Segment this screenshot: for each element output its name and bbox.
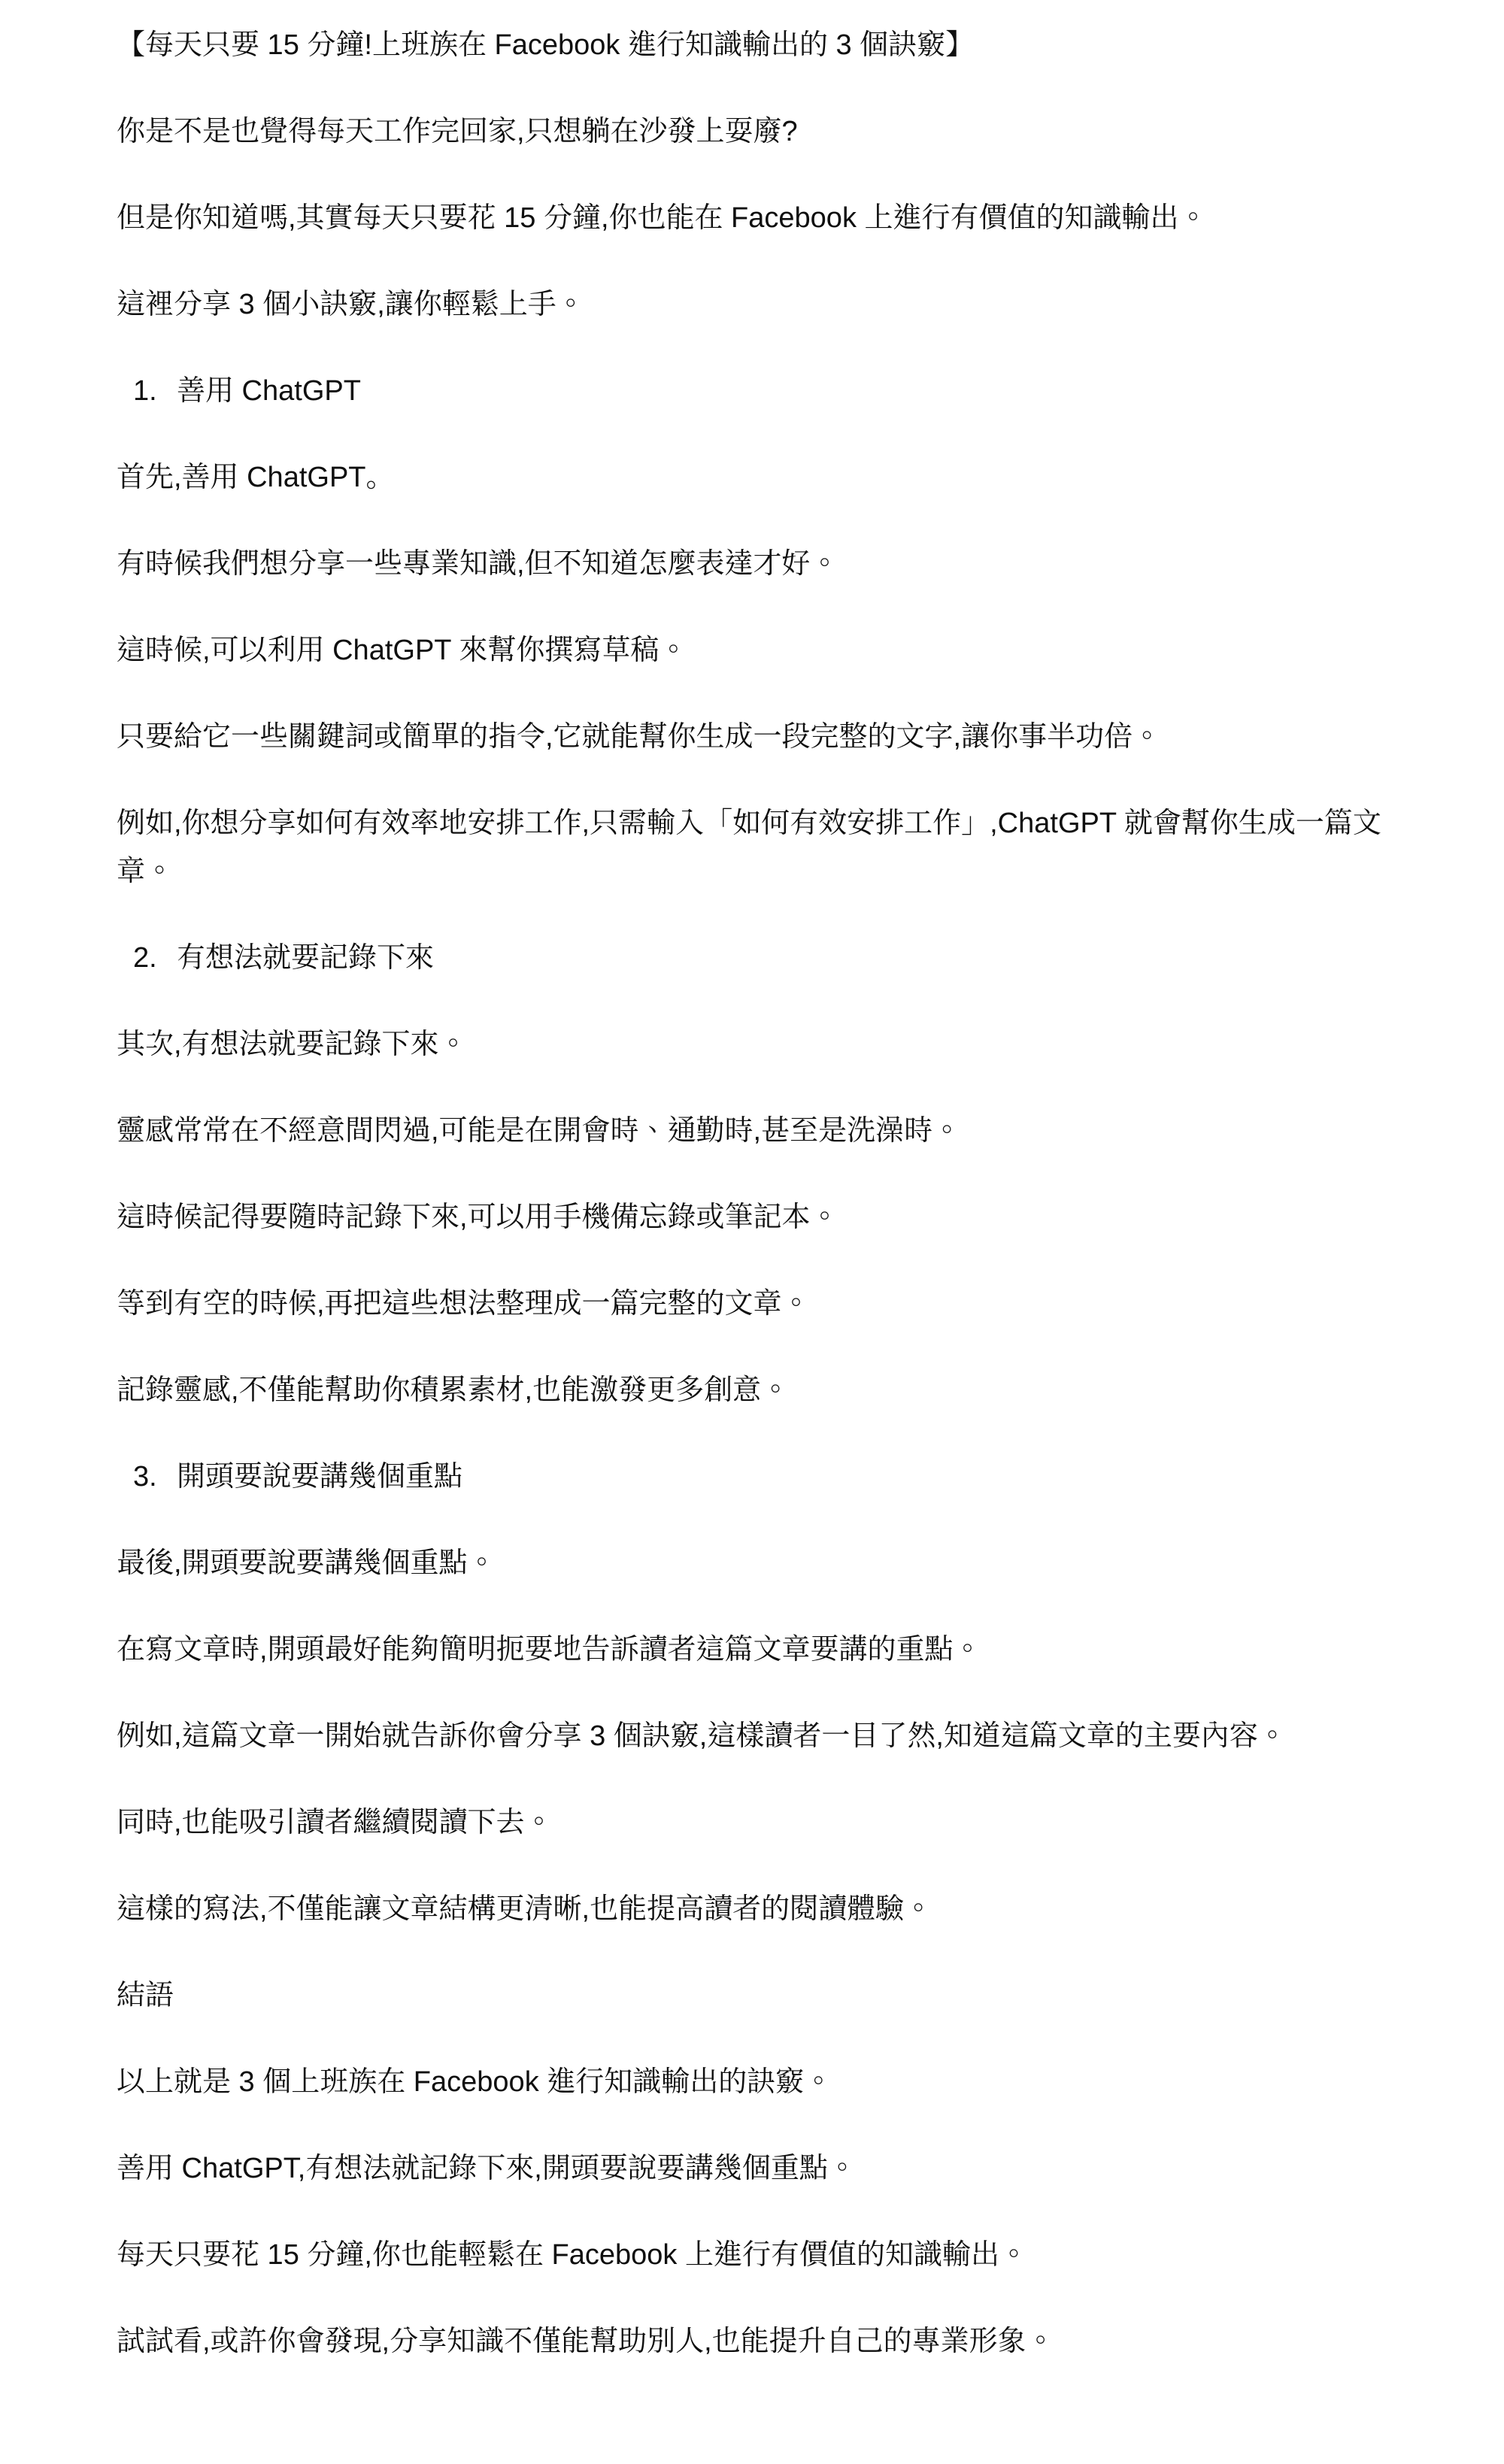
paragraph-tip1-solution: 這時候,可以利用 ChatGPT 來幫你撰寫草稿。 [117, 626, 1418, 674]
paragraph-tip2-record: 這時候記得要隨時記錄下來,可以用手機備忘錄或筆記本。 [117, 1193, 1418, 1241]
paragraph-intro-overview: 這裡分享 3 個小訣竅,讓你輕鬆上手。 [117, 280, 1418, 329]
document-title: 【每天只要 15 分鐘!上班族在 Facebook 進行知識輸出的 3 個訣竅】 [117, 21, 1418, 69]
conclusion-heading: 結語 [117, 1972, 1418, 2020]
list-item-1: 1. 善用 ChatGPT [117, 367, 1418, 415]
paragraph-tip1-lead: 首先,善用 ChatGPT。 [117, 453, 1418, 502]
paragraph-tip2-inspiration: 靈感常常在不經意間閃過,可能是在開會時、通勤時,甚至是洗澡時。 [117, 1107, 1418, 1155]
paragraph-tip3-attract: 同時,也能吸引讀者繼續閱讀下去。 [117, 1799, 1418, 1847]
paragraph-tip2-benefit: 記錄靈感,不僅能幫助你積累素材,也能激發更多創意。 [117, 1366, 1418, 1414]
list-item-3: 3. 開頭要說要講幾個重點 [117, 1453, 1418, 1501]
list-item-2-number: 2. [133, 934, 177, 982]
paragraph-tip3-lead: 最後,開頭要說要講幾個重點。 [117, 1539, 1418, 1587]
paragraph-tip2-lead: 其次,有想法就要記錄下來。 [117, 1020, 1418, 1068]
paragraph-tip3-example: 例如,這篇文章一開始就告訴你會分享 3 個訣竅,這樣讀者一目了然,知道這篇文章的… [117, 1712, 1418, 1760]
list-item-2: 2. 有想法就要記錄下來 [117, 934, 1418, 982]
paragraph-tip1-problem: 有時候我們想分享一些專業知識,但不知道怎麼表達才好。 [117, 540, 1418, 588]
list-item-3-number: 3. [133, 1453, 177, 1501]
paragraph-conclusion-cta: 試試看,或許你會發現,分享知識不僅能幫助別人,也能提升自己的專業形象。 [117, 2317, 1418, 2366]
list-item-1-number: 1. [133, 367, 177, 415]
paragraph-conclusion-recap: 善用 ChatGPT,有想法就記錄下來,開頭要說要講幾個重點。 [117, 2144, 1418, 2193]
paragraph-tip1-example: 例如,你想分享如何有效率地安排工作,只需輸入「如何有效安排工作」,ChatGPT… [117, 799, 1418, 896]
list-item-2-text: 有想法就要記錄下來 [177, 934, 1418, 982]
document-page: 【每天只要 15 分鐘!上班族在 Facebook 進行知識輸出的 3 個訣竅】… [0, 0, 1504, 2464]
list-item-3-text: 開頭要說要講幾個重點 [177, 1453, 1418, 1501]
list-item-1-text: 善用 ChatGPT [177, 367, 1418, 415]
paragraph-intro-hook: 你是不是也覺得每天工作完回家,只想躺在沙發上耍廢? [117, 108, 1418, 156]
paragraph-conclusion-summary: 以上就是 3 個上班族在 Facebook 進行知識輸出的訣竅。 [117, 2058, 1418, 2106]
paragraph-tip3-advice: 在寫文章時,開頭最好能夠簡明扼要地告訴讀者這篇文章要講的重點。 [117, 1626, 1418, 1674]
paragraph-intro-promise: 但是你知道嗎,其實每天只要花 15 分鐘,你也能在 Facebook 上進行有價… [117, 194, 1418, 242]
paragraph-conclusion-promise: 每天只要花 15 分鐘,你也能輕鬆在 Facebook 上進行有價值的知識輸出。 [117, 2231, 1418, 2279]
paragraph-tip3-benefit: 這樣的寫法,不僅能讓文章結構更清晰,也能提高讀者的閱讀體驗。 [117, 1885, 1418, 1933]
paragraph-tip1-how: 只要給它一些關鍵詞或簡單的指令,它就能幫你生成一段完整的文字,讓你事半功倍。 [117, 713, 1418, 761]
paragraph-tip2-organize: 等到有空的時候,再把這些想法整理成一篇完整的文章。 [117, 1280, 1418, 1328]
